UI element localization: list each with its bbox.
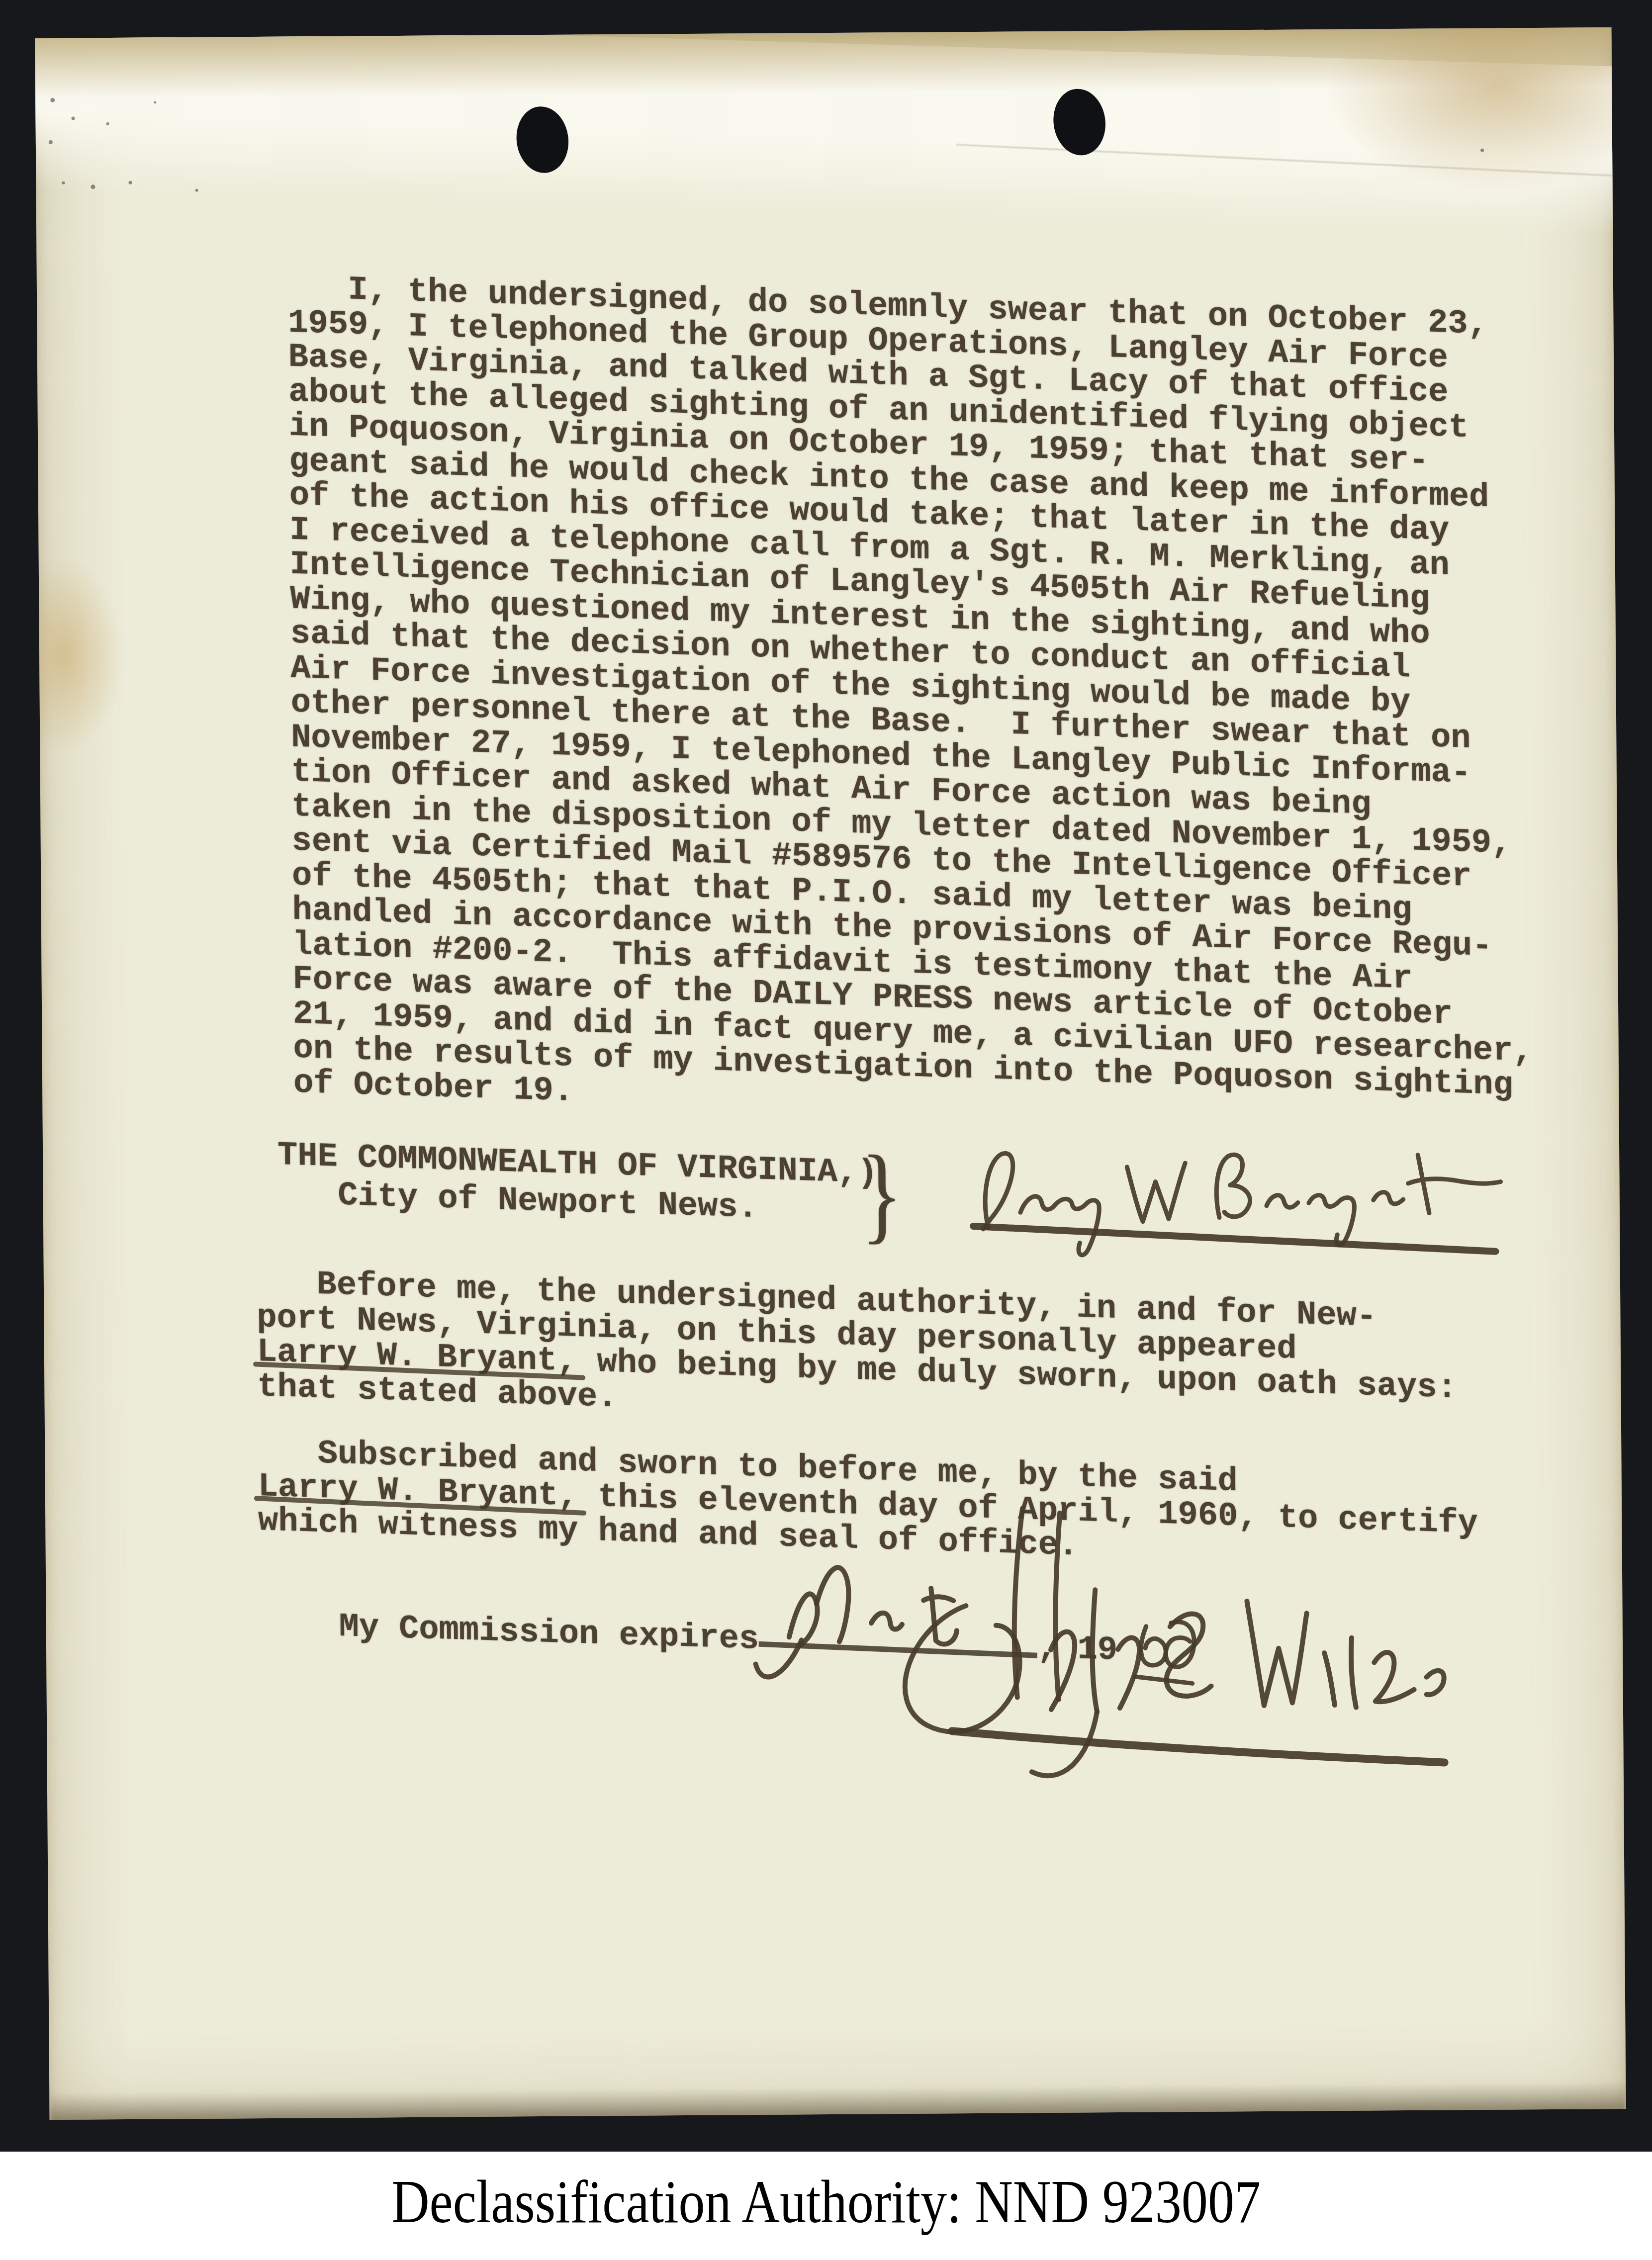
paper-crease — [956, 144, 1626, 177]
venue-brace: } — [860, 1140, 903, 1250]
venue-text: THE COMMONWEALTH OF VIRGINIA,) City of N… — [277, 1137, 878, 1227]
hole-punch-left — [513, 103, 572, 176]
paper-speck — [154, 101, 156, 103]
paper-speck — [72, 117, 75, 120]
paper-speck — [106, 122, 109, 125]
paper-light-band — [35, 27, 1626, 238]
paper-aged-top-edge — [35, 27, 1612, 98]
paper-speck — [1480, 149, 1484, 152]
paper-speck — [128, 181, 132, 184]
paper-dirty-bottom-edge — [49, 2082, 1626, 2120]
paper-speck — [50, 98, 55, 102]
affidavit-body: I, the undersigned, do solemnly swear th… — [288, 271, 1534, 1139]
paper-aged-corner — [1323, 27, 1626, 193]
affiant-signature — [960, 1102, 1508, 1285]
paper-speck — [91, 184, 95, 189]
notary-signature — [732, 1497, 1559, 1811]
before-me-text: Before me, the undersigned authority, in… — [257, 1264, 1457, 1417]
scanned-document-photo: I, the undersigned, do solemnly swear th… — [0, 0, 1652, 2260]
declassification-footer: Declassification Authority: NND 923007 — [0, 2152, 1652, 2260]
venue-block: THE COMMONWEALTH OF VIRGINIA,) City of N… — [277, 1137, 878, 1232]
paper-stain — [35, 555, 124, 755]
hole-punch-right — [1049, 86, 1109, 158]
affidavit-body-text: I, the undersigned, do solemnly swear th… — [288, 270, 1533, 1111]
before-me-paragraph: Before me, the undersigned authority, in… — [257, 1266, 1458, 1441]
paper-speck — [62, 181, 65, 184]
affidavit-page: I, the undersigned, do solemnly swear th… — [35, 27, 1626, 2120]
declassification-text: Declassification Authority: NND 923007 — [391, 2168, 1261, 2237]
paper-speck — [195, 189, 198, 192]
paper-speck — [49, 140, 53, 144]
commission-prefix: My Commission expires — [259, 1606, 759, 1659]
